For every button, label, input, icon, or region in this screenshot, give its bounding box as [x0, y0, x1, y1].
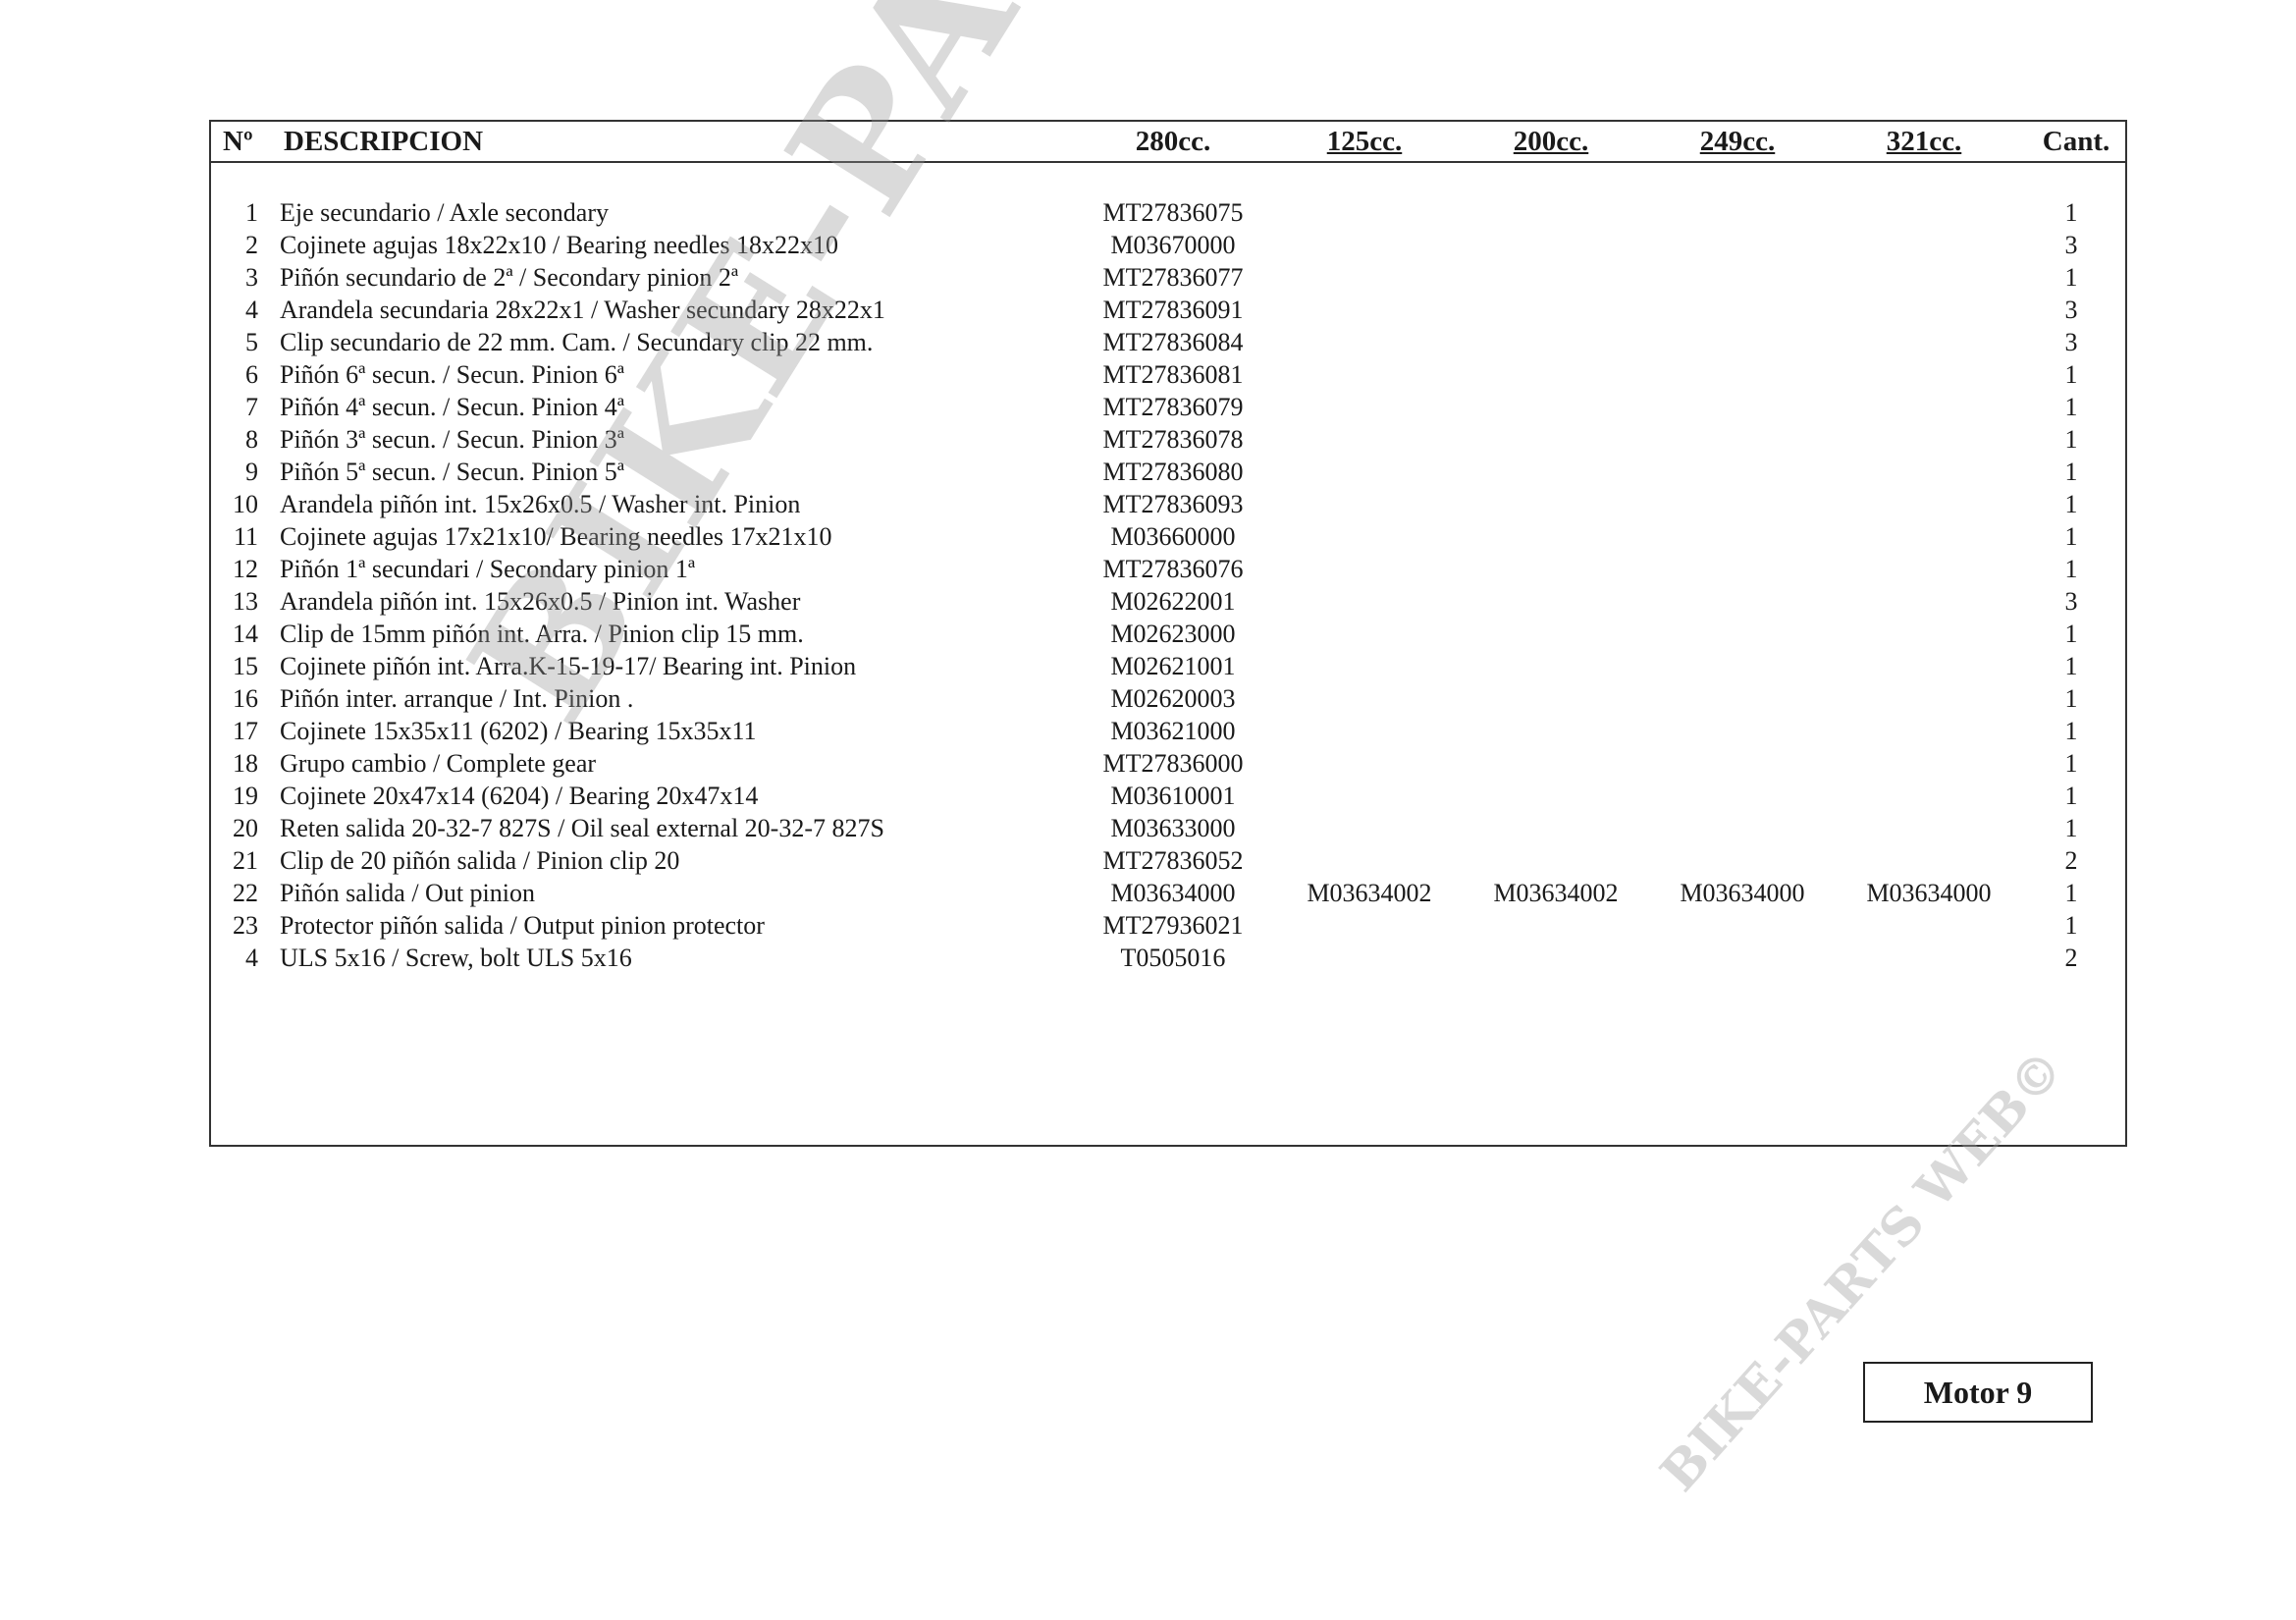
cell-desc: Piñón 5ª secun. / Secun. Pinion 5ª — [280, 458, 624, 487]
cell-desc: Piñón inter. arranque / Int. Pinion . — [280, 684, 633, 714]
table-row: 1Eje secundario / Axle secondaryMT278360… — [211, 198, 2125, 231]
table-row: 19Cojinete 20x47x14 (6204) / Bearing 20x… — [211, 782, 2125, 814]
table-row: 13Arandela piñón int. 15x26x0.5 / Pinion… — [211, 587, 2125, 620]
cell-cc280: M03633000 — [1075, 814, 1271, 843]
cell-qty: 3 — [2027, 296, 2115, 325]
cell-desc: ULS 5x16 / Screw, bolt ULS 5x16 — [280, 944, 632, 973]
cell-cc200: M03634002 — [1468, 879, 1644, 908]
table-row: 21Clip de 20 piñón salida / Pinion clip … — [211, 846, 2125, 879]
cell-cc280: M03621000 — [1075, 717, 1271, 746]
cell-desc: Piñón secundario de 2ª / Secondary pinio… — [280, 263, 738, 293]
cell-cc280: MT27836079 — [1075, 393, 1271, 422]
cell-cc280: MT27836084 — [1075, 328, 1271, 357]
cell-cc280: MT27836000 — [1075, 749, 1271, 779]
table-row: 16Piñón inter. arranque / Int. Pinion .M… — [211, 684, 2125, 717]
cell-qty: 1 — [2027, 652, 2115, 681]
cell-cc280: M02620003 — [1075, 684, 1271, 714]
cell-desc: Clip secundario de 22 mm. Cam. / Secunda… — [280, 328, 873, 357]
table-header: Nº DESCRIPCION 280cc. 125cc. 200cc. 249c… — [211, 122, 2125, 163]
cell-desc: Piñón 3ª secun. / Secun. Pinion 3ª — [280, 425, 624, 455]
table-row: 9Piñón 5ª secun. / Secun. Pinion 5ªMT278… — [211, 458, 2125, 490]
header-200cc: 200cc. — [1463, 126, 1639, 158]
cell-desc: Reten salida 20-32-7 827S / Oil seal ext… — [280, 814, 884, 843]
cell-qty: 1 — [2027, 620, 2115, 649]
cell-no: 6 — [211, 360, 258, 390]
cell-no: 14 — [211, 620, 258, 649]
cell-no: 23 — [211, 911, 258, 941]
cell-no: 8 — [211, 425, 258, 455]
cell-no: 20 — [211, 814, 258, 843]
cell-desc: Piñón 6ª secun. / Secun. Pinion 6ª — [280, 360, 624, 390]
cell-no: 9 — [211, 458, 258, 487]
cell-no: 12 — [211, 555, 258, 584]
cell-qty: 1 — [2027, 458, 2115, 487]
header-quantity: Cant. — [2032, 126, 2120, 158]
cell-cc280: MT27836076 — [1075, 555, 1271, 584]
cell-no: 2 — [211, 231, 258, 260]
cell-qty: 1 — [2027, 782, 2115, 811]
cell-desc: Arandela secundaria 28x22x1 / Washer sec… — [280, 296, 885, 325]
table-row: 4ULS 5x16 / Screw, bolt ULS 5x16T0505016… — [211, 944, 2125, 976]
table-row: 23Protector piñón salida / Output pinion… — [211, 911, 2125, 944]
header-249cc: 249cc. — [1649, 126, 1826, 158]
cell-qty: 1 — [2027, 490, 2115, 519]
table-row: 11Cojinete agujas 17x21x10/ Bearing need… — [211, 522, 2125, 555]
cell-no: 17 — [211, 717, 258, 746]
table-body: 1Eje secundario / Axle secondaryMT278360… — [211, 198, 2125, 976]
table-row: 7Piñón 4ª secun. / Secun. Pinion 4ªMT278… — [211, 393, 2125, 425]
cell-desc: Grupo cambio / Complete gear — [280, 749, 596, 779]
cell-cc280: MT27836081 — [1075, 360, 1271, 390]
cell-no: 15 — [211, 652, 258, 681]
cell-no: 1 — [211, 198, 258, 228]
table-row: 14Clip de 15mm piñón int. Arra. / Pinion… — [211, 620, 2125, 652]
cell-desc: Eje secundario / Axle secondary — [280, 198, 609, 228]
cell-qty: 1 — [2027, 263, 2115, 293]
cell-cc280: M03660000 — [1075, 522, 1271, 552]
cell-qty: 1 — [2027, 522, 2115, 552]
cell-qty: 3 — [2027, 587, 2115, 617]
cell-desc: Arandela piñón int. 15x26x0.5 / Washer i… — [280, 490, 800, 519]
header-description: DESCRIPCION — [284, 126, 483, 158]
cell-no: 18 — [211, 749, 258, 779]
cell-qty: 3 — [2027, 328, 2115, 357]
cell-no: 7 — [211, 393, 258, 422]
cell-desc: Cojinete 20x47x14 (6204) / Bearing 20x47… — [280, 782, 758, 811]
cell-desc: Clip de 15mm piñón int. Arra. / Pinion c… — [280, 620, 804, 649]
cell-no: 11 — [211, 522, 258, 552]
cell-cc280: T0505016 — [1075, 944, 1271, 973]
cell-desc: Piñón 4ª secun. / Secun. Pinion 4ª — [280, 393, 624, 422]
table-row: 2Cojinete agujas 18x22x10 / Bearing need… — [211, 231, 2125, 263]
table-row: 10Arandela piñón int. 15x26x0.5 / Washer… — [211, 490, 2125, 522]
cell-qty: 1 — [2027, 717, 2115, 746]
cell-cc280: M03634000 — [1075, 879, 1271, 908]
cell-qty: 1 — [2027, 684, 2115, 714]
table-row: 15Cojinete piñón int. Arra.K-15-19-17/ B… — [211, 652, 2125, 684]
cell-desc: Cojinete piñón int. Arra.K-15-19-17/ Bea… — [280, 652, 856, 681]
table-row: 3Piñón secundario de 2ª / Secondary pini… — [211, 263, 2125, 296]
cell-desc: Cojinete agujas 18x22x10 / Bearing needl… — [280, 231, 838, 260]
page-label: Motor 9 — [1863, 1362, 2093, 1423]
cell-qty: 1 — [2027, 911, 2115, 941]
cell-cc249: M03634000 — [1654, 879, 1831, 908]
cell-cc280: MT27836093 — [1075, 490, 1271, 519]
cell-qty: 1 — [2027, 814, 2115, 843]
table-row: 12Piñón 1ª secundari / Secondary pinion … — [211, 555, 2125, 587]
header-321cc: 321cc. — [1836, 126, 2012, 158]
cell-no: 5 — [211, 328, 258, 357]
table-row: 17Cojinete 15x35x11 (6202) / Bearing 15x… — [211, 717, 2125, 749]
cell-qty: 2 — [2027, 846, 2115, 876]
cell-qty: 3 — [2027, 231, 2115, 260]
table-row: 20Reten salida 20-32-7 827S / Oil seal e… — [211, 814, 2125, 846]
cell-qty: 1 — [2027, 393, 2115, 422]
cell-cc280: MT27936021 — [1075, 911, 1271, 941]
table-row: 18Grupo cambio / Complete gearMT27836000… — [211, 749, 2125, 782]
cell-cc280: MT27836075 — [1075, 198, 1271, 228]
cell-qty: 1 — [2027, 879, 2115, 908]
cell-qty: 1 — [2027, 425, 2115, 455]
table-row: 22Piñón salida / Out pinionM03634000M036… — [211, 879, 2125, 911]
cell-no: 19 — [211, 782, 258, 811]
parts-table: Nº DESCRIPCION 280cc. 125cc. 200cc. 249c… — [209, 120, 2127, 1147]
cell-cc280: M03610001 — [1075, 782, 1271, 811]
cell-qty: 1 — [2027, 555, 2115, 584]
cell-no: 13 — [211, 587, 258, 617]
header-280cc: 280cc. — [1075, 126, 1271, 158]
cell-desc: Protector piñón salida / Output pinion p… — [280, 911, 765, 941]
cell-qty: 1 — [2027, 749, 2115, 779]
cell-cc280: M03670000 — [1075, 231, 1271, 260]
cell-no: 4 — [211, 944, 258, 973]
cell-no: 21 — [211, 846, 258, 876]
header-125cc: 125cc. — [1276, 126, 1453, 158]
cell-cc125: M03634002 — [1281, 879, 1458, 908]
cell-no: 4 — [211, 296, 258, 325]
cell-desc: Arandela piñón int. 15x26x0.5 / Pinion i… — [280, 587, 800, 617]
cell-desc: Piñón 1ª secundari / Secondary pinion 1ª — [280, 555, 695, 584]
table-row: 4Arandela secundaria 28x22x1 / Washer se… — [211, 296, 2125, 328]
cell-no: 22 — [211, 879, 258, 908]
cell-desc: Clip de 20 piñón salida / Pinion clip 20 — [280, 846, 679, 876]
cell-cc280: M02623000 — [1075, 620, 1271, 649]
cell-cc280: M02622001 — [1075, 587, 1271, 617]
cell-no: 16 — [211, 684, 258, 714]
cell-cc321: M03634000 — [1841, 879, 2017, 908]
cell-desc: Cojinete agujas 17x21x10/ Bearing needle… — [280, 522, 832, 552]
cell-desc: Cojinete 15x35x11 (6202) / Bearing 15x35… — [280, 717, 757, 746]
cell-qty: 1 — [2027, 198, 2115, 228]
cell-cc280: MT27836080 — [1075, 458, 1271, 487]
cell-no: 3 — [211, 263, 258, 293]
cell-qty: 2 — [2027, 944, 2115, 973]
cell-qty: 1 — [2027, 360, 2115, 390]
header-no: Nº — [223, 126, 253, 158]
cell-cc280: MT27836077 — [1075, 263, 1271, 293]
cell-cc280: M02621001 — [1075, 652, 1271, 681]
cell-cc280: MT27836052 — [1075, 846, 1271, 876]
cell-desc: Piñón salida / Out pinion — [280, 879, 535, 908]
table-row: 8Piñón 3ª secun. / Secun. Pinion 3ªMT278… — [211, 425, 2125, 458]
cell-no: 10 — [211, 490, 258, 519]
cell-cc280: MT27836091 — [1075, 296, 1271, 325]
cell-cc280: MT27836078 — [1075, 425, 1271, 455]
table-row: 5Clip secundario de 22 mm. Cam. / Secund… — [211, 328, 2125, 360]
table-row: 6Piñón 6ª secun. / Secun. Pinion 6ªMT278… — [211, 360, 2125, 393]
